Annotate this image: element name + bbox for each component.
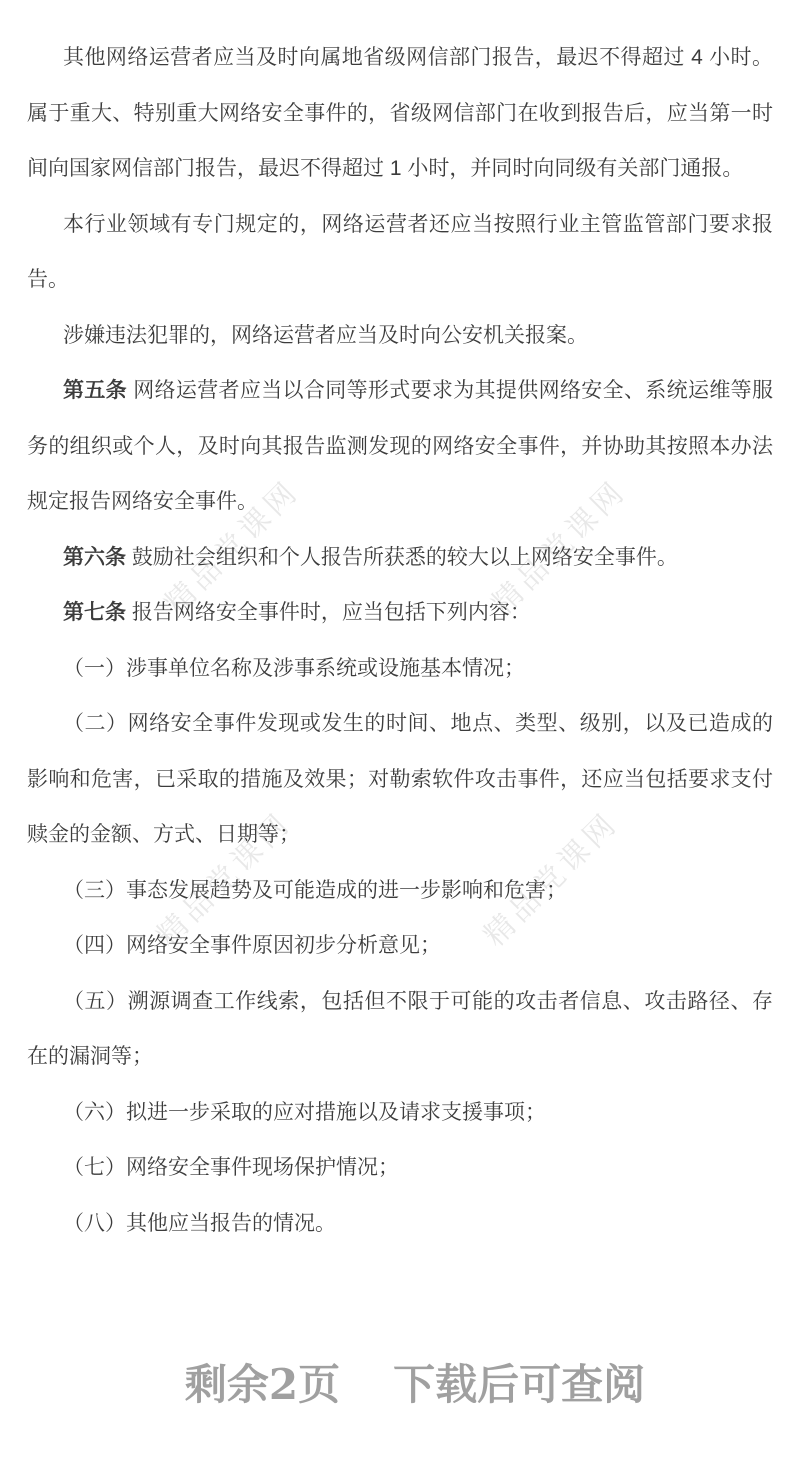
paragraph-text: （一）涉事单位名称及涉事系统或设施基本情况； bbox=[63, 657, 525, 680]
paragraph-text: 鼓励社会组织和个人报告所获悉的较大以上网络安全事件。 bbox=[126, 546, 678, 569]
paragraph-text: 涉嫌违法犯罪的，网络运营者应当及时向公安机关报案。 bbox=[63, 324, 588, 347]
paragraph-text: 本行业领域有专门规定的，网络运营者还应当按照行业主管监管部门要求报告。 bbox=[27, 213, 773, 292]
paragraph-text: （五）溯源调查工作线索，包括但不限于可能的攻击者信息、攻击路径、存在的漏洞等； bbox=[27, 990, 773, 1069]
paragraph-text: （八）其他应当报告的情况。 bbox=[63, 1212, 336, 1235]
document-page: 其他网络运营者应当及时向属地省级网信部门报告，最迟不得超过 4 小时。属于重大、… bbox=[27, 0, 773, 1251]
remaining-pages-notice: 剩余2页下载后可查阅 bbox=[0, 1352, 800, 1412]
paragraph: （五）溯源调查工作线索，包括但不限于可能的攻击者信息、攻击路径、存在的漏洞等； bbox=[27, 974, 773, 1085]
paragraph: （七）网络安全事件现场保护情况； bbox=[27, 1140, 773, 1196]
article-number: 第六条 bbox=[63, 546, 126, 569]
article-number: 第七条 bbox=[63, 601, 126, 624]
paragraph: （二）网络安全事件发现或发生的时间、地点、类型、级别，以及已造成的影响和危害，已… bbox=[27, 696, 773, 863]
paragraph-text: 网络运营者应当以合同等形式要求为其提供网络安全、系统运维等服务的组织或个人，及时… bbox=[27, 379, 773, 513]
paragraph: 涉嫌违法犯罪的，网络运营者应当及时向公安机关报案。 bbox=[27, 308, 773, 364]
paragraph-text: （四）网络安全事件原因初步分析意见； bbox=[63, 934, 441, 957]
paragraph: （四）网络安全事件原因初步分析意见； bbox=[27, 918, 773, 974]
paragraph: 第七条 报告网络安全事件时，应当包括下列内容： bbox=[27, 585, 773, 641]
paragraph: 其他网络运营者应当及时向属地省级网信部门报告，最迟不得超过 4 小时。属于重大、… bbox=[27, 30, 773, 197]
paragraph-text: （七）网络安全事件现场保护情况； bbox=[63, 1156, 399, 1179]
paragraph: （六）拟进一步采取的应对措施以及请求支援事项； bbox=[27, 1085, 773, 1141]
pages-left-label: 剩余2页 bbox=[185, 1360, 340, 1409]
paragraph: 第六条 鼓励社会组织和个人报告所获悉的较大以上网络安全事件。 bbox=[27, 530, 773, 586]
paragraph: 本行业领域有专门规定的，网络运营者还应当按照行业主管监管部门要求报告。 bbox=[27, 197, 773, 308]
paragraph: （三）事态发展趋势及可能造成的进一步影响和危害； bbox=[27, 863, 773, 919]
paragraph-text: 其他网络运营者应当及时向属地省级网信部门报告，最迟不得超过 4 小时。属于重大、… bbox=[27, 46, 773, 180]
paragraph-text: （二）网络安全事件发现或发生的时间、地点、类型、级别，以及已造成的影响和危害，已… bbox=[27, 712, 773, 846]
paragraph-text: （三）事态发展趋势及可能造成的进一步影响和危害； bbox=[63, 879, 567, 902]
paragraph-text: 报告网络安全事件时，应当包括下列内容： bbox=[126, 601, 531, 624]
article-number: 第五条 bbox=[63, 379, 127, 402]
paragraph: 第五条 网络运营者应当以合同等形式要求为其提供网络安全、系统运维等服务的组织或个… bbox=[27, 363, 773, 530]
paragraph: （一）涉事单位名称及涉事系统或设施基本情况； bbox=[27, 641, 773, 697]
paragraph: （八）其他应当报告的情况。 bbox=[27, 1196, 773, 1252]
paragraph-text: （六）拟进一步采取的应对措施以及请求支援事项； bbox=[63, 1101, 546, 1124]
download-hint-label: 下载后可查阅 bbox=[393, 1360, 645, 1409]
